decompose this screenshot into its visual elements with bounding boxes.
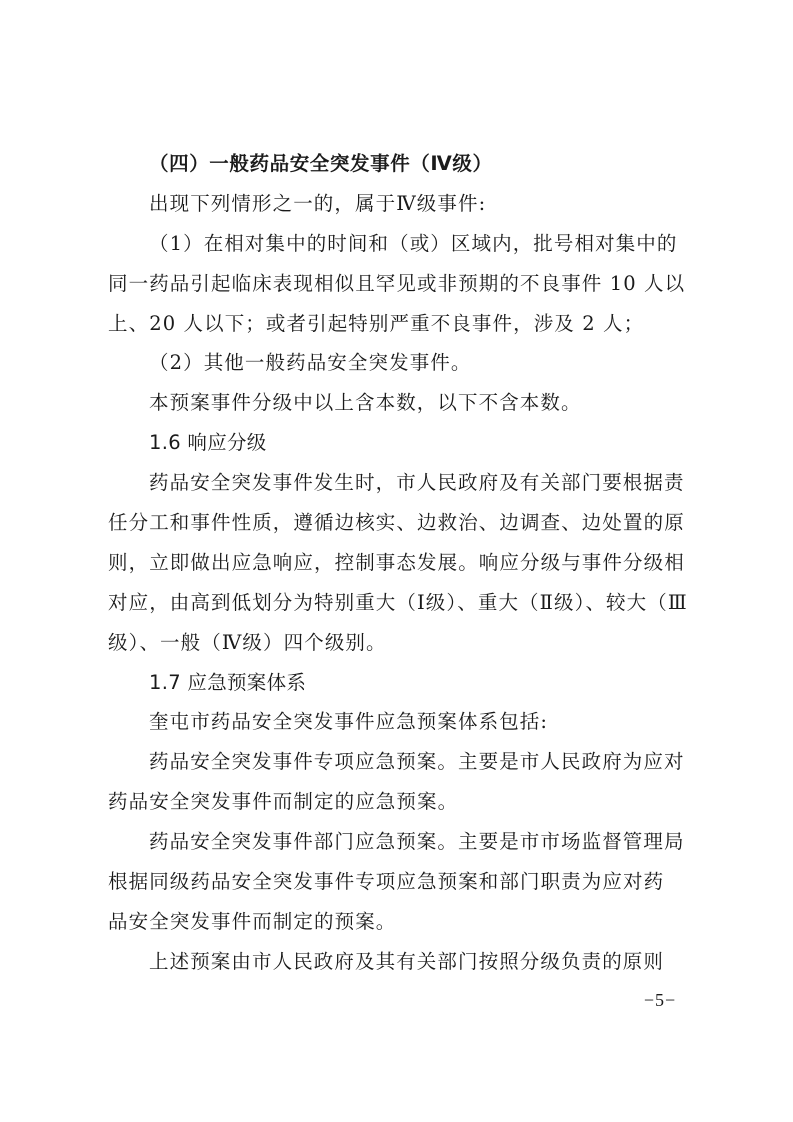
section-heading-1-7: 1.7 应急预案体系 [108,663,693,703]
paragraph-line: 品安全突发事件而制定的预案。 [108,902,693,942]
paragraph-line: 任分工和事件性质，遵循边核实、边救治、边调查、边处置的原 [108,503,693,543]
paragraph-line: （2）其他一般药品安全突发事件。 [108,343,693,383]
paragraph-line: 药品安全突发事件部门应急预案。主要是市市场监督管理局 [108,822,693,862]
paragraph-line: 级）、一般（Ⅳ级）四个级别。 [108,623,693,663]
paragraph-line: 上述预案由市人民政府及其有关部门按照分级负责的原则 [108,942,693,982]
section-heading-1-6: 1.6 响应分级 [108,423,693,463]
paragraph-line: 同一药品引起临床表现相似且罕见或非预期的不良事件 10 人以 [108,264,693,304]
paragraph-line: 则，立即做出应急响应，控制事态发展。响应分级与事件分级相 [108,543,693,583]
paragraph-line: 奎屯市药品安全突发事件应急预案体系包括: [108,702,693,742]
paragraph-line: 药品安全突发事件而制定的应急预案。 [108,782,693,822]
section-heading-level-iv: （四）一般药品安全突发事件（Ⅳ级） [108,144,693,184]
paragraph-line: 药品安全突发事件发生时，市人民政府及有关部门要根据责 [108,463,693,503]
paragraph-line: 对应，由高到低划分为特别重大（Ⅰ级）、重大（Ⅱ级）、较大（Ⅲ [108,583,693,623]
paragraph-line: 本预案事件分级中以上含本数，以下不含本数。 [108,383,693,423]
paragraph-line: 药品安全突发事件专项应急预案。主要是市人民政府为应对 [108,742,693,782]
paragraph-line: 出现下列情形之一的，属于Ⅳ级事件: [108,184,693,224]
paragraph-line: 上、20 人以下；或者引起特别严重不良事件，涉及 2 人； [108,304,693,344]
paragraph-line: （1）在相对集中的时间和（或）区域内，批号相对集中的 [108,224,693,264]
document-page: （四）一般药品安全突发事件（Ⅳ级） 出现下列情形之一的，属于Ⅳ级事件: （1）在… [0,0,793,1122]
paragraph-line: 根据同级药品安全突发事件专项应急预案和部门职责为应对药 [108,862,693,902]
page-body: （四）一般药品安全突发事件（Ⅳ级） 出现下列情形之一的，属于Ⅳ级事件: （1）在… [108,144,693,982]
page-number: −5− [630,990,690,1011]
